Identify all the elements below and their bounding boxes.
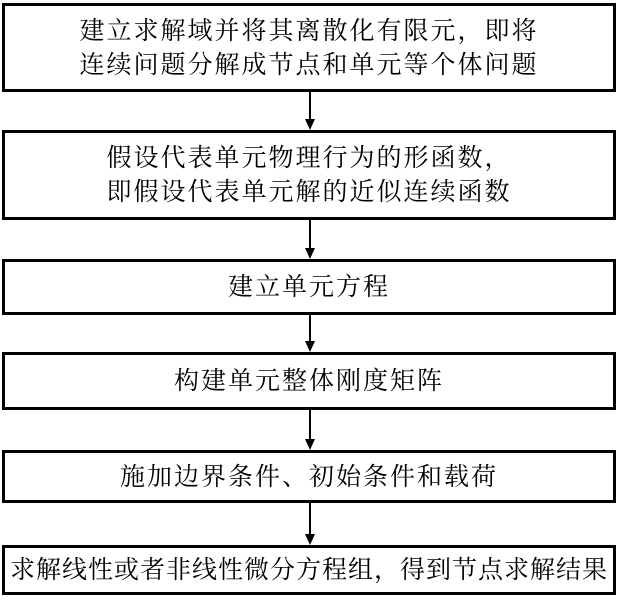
flow-step-discretize-domain: 建立求解域并将其离散化有限元，即将 连续问题分解成节点和单元等个体问题	[2, 3, 616, 92]
arrow-shaft	[309, 410, 311, 439]
flow-step-solve-equations: 求解线性或者非线性微分方程组，得到节点求解结果	[2, 545, 616, 595]
flow-step-text-line: 建立单元方程	[228, 270, 390, 304]
flow-step-text-line: 连续问题分解成节点和单元等个体问题	[79, 48, 538, 82]
flow-step-text-line: 构建单元整体刚度矩阵	[174, 364, 444, 398]
flow-step-text-line: 即假设代表单元解的近似连续函数	[106, 175, 511, 209]
arrow-down-icon	[305, 119, 315, 130]
arrow-down-icon	[305, 341, 315, 352]
flow-step-text-line: 求解线性或者非线性微分方程组，得到节点求解结果	[10, 553, 608, 587]
connector-arrow-2	[302, 220, 318, 259]
connector-arrow-1	[302, 91, 318, 130]
arrow-shaft	[309, 220, 311, 248]
connector-arrow-3	[302, 315, 318, 352]
arrow-shaft	[309, 315, 311, 341]
flow-step-shape-function: 假设代表单元物理行为的形函数， 即假设代表单元解的近似连续函数	[2, 130, 616, 220]
arrow-down-icon	[305, 534, 315, 545]
arrow-down-icon	[305, 439, 315, 450]
flow-step-text-line: 施加边界条件、初始条件和载荷	[120, 460, 498, 494]
connector-arrow-4	[302, 410, 318, 450]
flow-step-element-equations: 建立单元方程	[2, 259, 616, 315]
arrow-shaft	[309, 91, 311, 119]
connector-arrow-5	[302, 503, 318, 545]
flow-step-text-line: 假设代表单元物理行为的形函数，	[106, 141, 511, 175]
flowchart-canvas: 建立求解域并将其离散化有限元，即将 连续问题分解成节点和单元等个体问题 假设代表…	[0, 0, 619, 600]
flow-step-text-line: 建立求解域并将其离散化有限元，即将	[79, 14, 538, 48]
flow-step-stiffness-matrix: 构建单元整体刚度矩阵	[2, 352, 616, 410]
arrow-down-icon	[305, 248, 315, 259]
arrow-shaft	[309, 503, 311, 534]
flow-step-boundary-conditions: 施加边界条件、初始条件和载荷	[2, 450, 616, 503]
